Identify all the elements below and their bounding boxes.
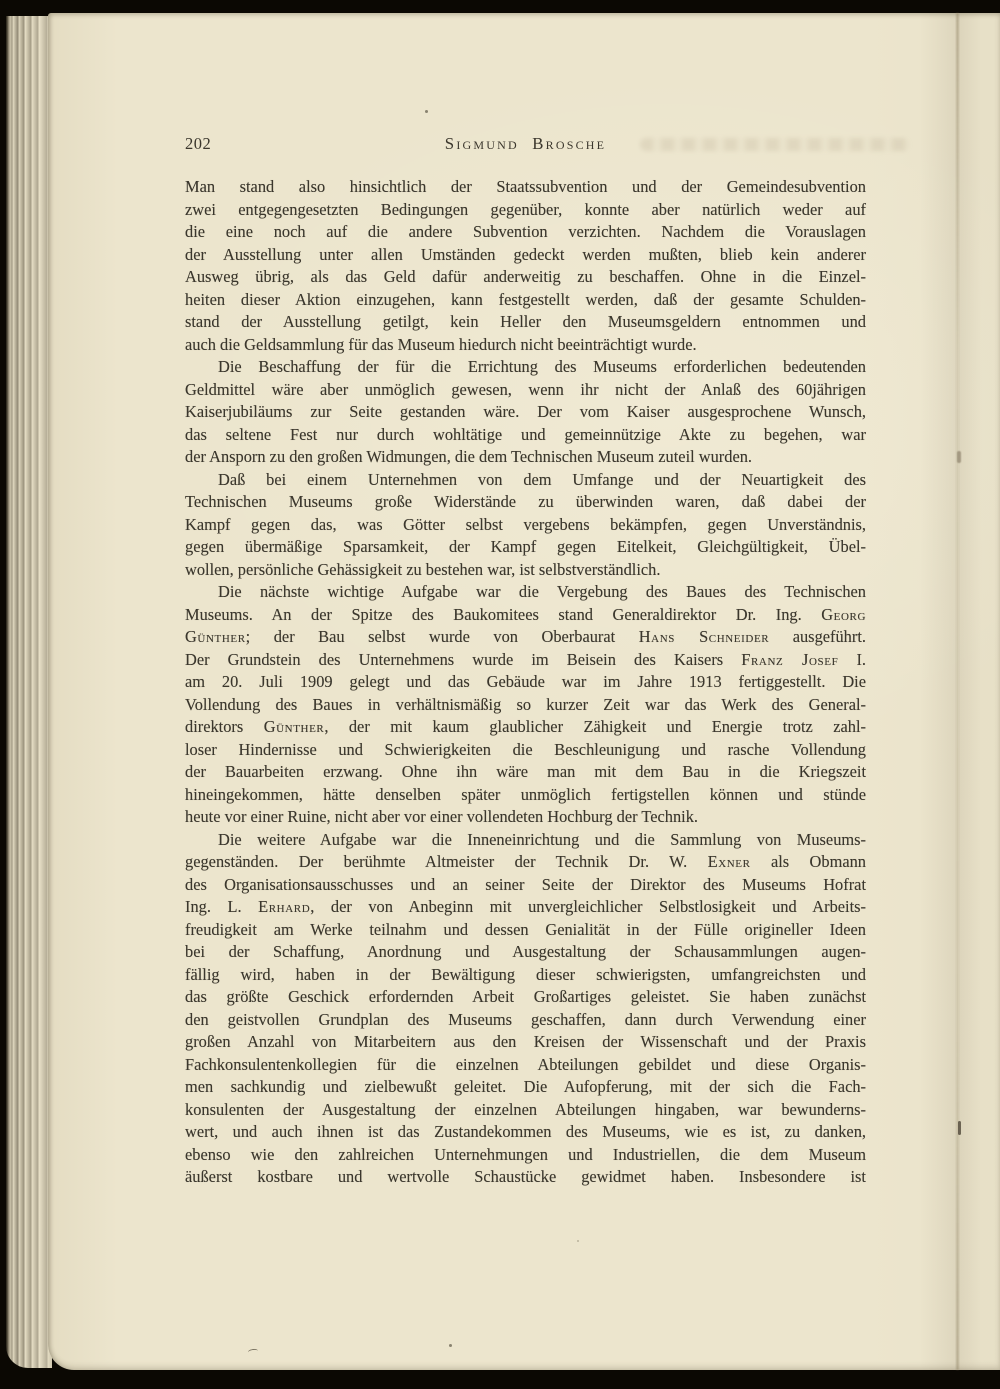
text-line: wollen, persönliche Gehässigkeit zu best…	[185, 559, 866, 582]
text-line: Die nächste wichtige Aufgabe war die Ver…	[185, 581, 866, 604]
text-line: das größte Geschick erfordernden Arbeit …	[185, 986, 866, 1009]
text-line: Daß bei einem Unternehmen von dem Umfang…	[185, 469, 866, 492]
text-line: Kaiserjubiläums zur Seite gestanden wäre…	[185, 401, 866, 424]
paragraph: Man stand also hinsichtlich der Staatssu…	[185, 176, 866, 356]
text-line: gegen übermäßige Sparsamkeit, der Kampf …	[185, 536, 866, 559]
text-line: loser Hindernisse und Schwierigkeiten di…	[185, 739, 866, 762]
text-line: Günther; der Bau selbst wurde von Oberba…	[185, 626, 866, 649]
book-page: 202 Sigmund Brosche Man stand also hinsi…	[48, 13, 1000, 1370]
paragraph: Die Beschaffung der für die Errichtung d…	[185, 356, 866, 469]
small-caps-name: Hans Schneider	[639, 627, 769, 646]
text-line: der Ansporn zu den großen Widmungen, die…	[185, 446, 866, 469]
paragraph: Daß bei einem Unternehmen von dem Umfang…	[185, 469, 866, 582]
paper-flaw	[958, 1121, 961, 1135]
small-caps-name: Erhard	[258, 897, 310, 916]
text-line: men sachkundig und zielbewußt geleitet. …	[185, 1076, 866, 1099]
text-line: Museums. An der Spitze des Baukomitees s…	[185, 604, 866, 627]
text-line: Ausweg übrig, als das Geld dafür anderwe…	[185, 266, 866, 289]
text-line: auch die Geldsammlung für das Museum hie…	[185, 334, 866, 357]
small-caps-name: Günther	[264, 717, 325, 736]
text-line: bei der Schaffung, Anordnung und Ausgest…	[185, 941, 866, 964]
small-caps-name: Exner	[708, 852, 751, 871]
text-line: Man stand also hinsichtlich der Staatssu…	[185, 176, 866, 199]
text-line: wert, und auch ihnen ist das Zustandekom…	[185, 1121, 866, 1144]
text-line: direktors Günther, der mit kaum glaublic…	[185, 716, 866, 739]
text-line: der Bauarbeiten erzwang. Ohne ihn wäre m…	[185, 761, 866, 784]
text-line: heute vor einer Ruine, nicht aber vor ei…	[185, 806, 866, 829]
gutter-shadow	[920, 13, 956, 1370]
text-line: heiten dieser Aktion einzugehen, kann fe…	[185, 289, 866, 312]
text-line: Technischen Museums große Widerstände zu…	[185, 491, 866, 514]
text-line: hineingekommen, hätte denselben später u…	[185, 784, 866, 807]
text-line: gegenständen. Der berühmte Altmeister de…	[185, 851, 866, 874]
text-line: Kampf gegen das, was Götter selbst verge…	[185, 514, 866, 537]
text-line: freudigkeit am Werke teilnahm und dessen…	[185, 919, 866, 942]
text-line: konsulenten der Ausgestaltung der einzel…	[185, 1099, 866, 1122]
text-line: der Ausstellung unter allen Umständen ge…	[185, 244, 866, 267]
text-line: ebenso wie den zahlreichen Unternehmunge…	[185, 1144, 866, 1167]
text-line: Fachkonsulentenkollegien für die einzeln…	[185, 1054, 866, 1077]
text-line: fällig wird, haben in der Bewältigung di…	[185, 964, 866, 987]
text-line: stand der Ausstellung getilgt, kein Hell…	[185, 311, 866, 334]
text-line: des Organisationsausschusses und an sein…	[185, 874, 866, 897]
page-header-row: 202 Sigmund Brosche	[185, 134, 866, 154]
small-caps-name: Günther	[185, 627, 246, 646]
ink-speck	[425, 110, 428, 113]
text-line: großen Anzahl von Mitarbeitern aus den K…	[185, 1031, 866, 1054]
text-line: Die Beschaffung der für die Errichtung d…	[185, 356, 866, 379]
paragraph: Die weitere Aufgabe war die Inneneinrich…	[185, 829, 866, 1189]
page-edges-stack	[6, 16, 52, 1368]
text-line: Der Grundstein des Unternehmens wurde im…	[185, 649, 866, 672]
pencil-mark	[248, 1348, 259, 1354]
paper-flaw	[957, 451, 961, 463]
text-line: Die weitere Aufgabe war die Inneneinrich…	[185, 829, 866, 852]
small-caps-name: Franz Josef	[741, 650, 838, 669]
text-line: Ing. L. Erhard, der von Anbeginn mit unv…	[185, 896, 866, 919]
ink-speck	[577, 1240, 579, 1242]
ink-speck	[449, 1344, 452, 1347]
text-line: Geldmittel wäre aber unmöglich gewesen, …	[185, 379, 866, 402]
facing-page-shade	[959, 13, 1000, 1370]
text-line: äußerst kostbare und wertvolle Schaustüc…	[185, 1166, 866, 1189]
text-block: Man stand also hinsichtlich der Staatssu…	[185, 176, 866, 1189]
text-line: das seltene Fest nur durch wohltätige un…	[185, 424, 866, 447]
small-caps-name: Georg	[821, 605, 866, 624]
paragraph: Die nächste wichtige Aufgabe war die Ver…	[185, 581, 866, 829]
text-line: den geistvollen Grundplan des Museums ge…	[185, 1009, 866, 1032]
scanned-book-page: 202 Sigmund Brosche Man stand also hinsi…	[0, 0, 1000, 1389]
text-line: zwei entgegengesetzten Bedingungen gegen…	[185, 199, 866, 222]
ink-bleed-through	[640, 138, 910, 151]
text-line: die eine noch auf die andere Subvention …	[185, 221, 866, 244]
text-line: am 20. Juli 1909 gelegt und das Gebäude …	[185, 671, 866, 694]
text-line: Vollendung des Baues in verhältnismäßig …	[185, 694, 866, 717]
